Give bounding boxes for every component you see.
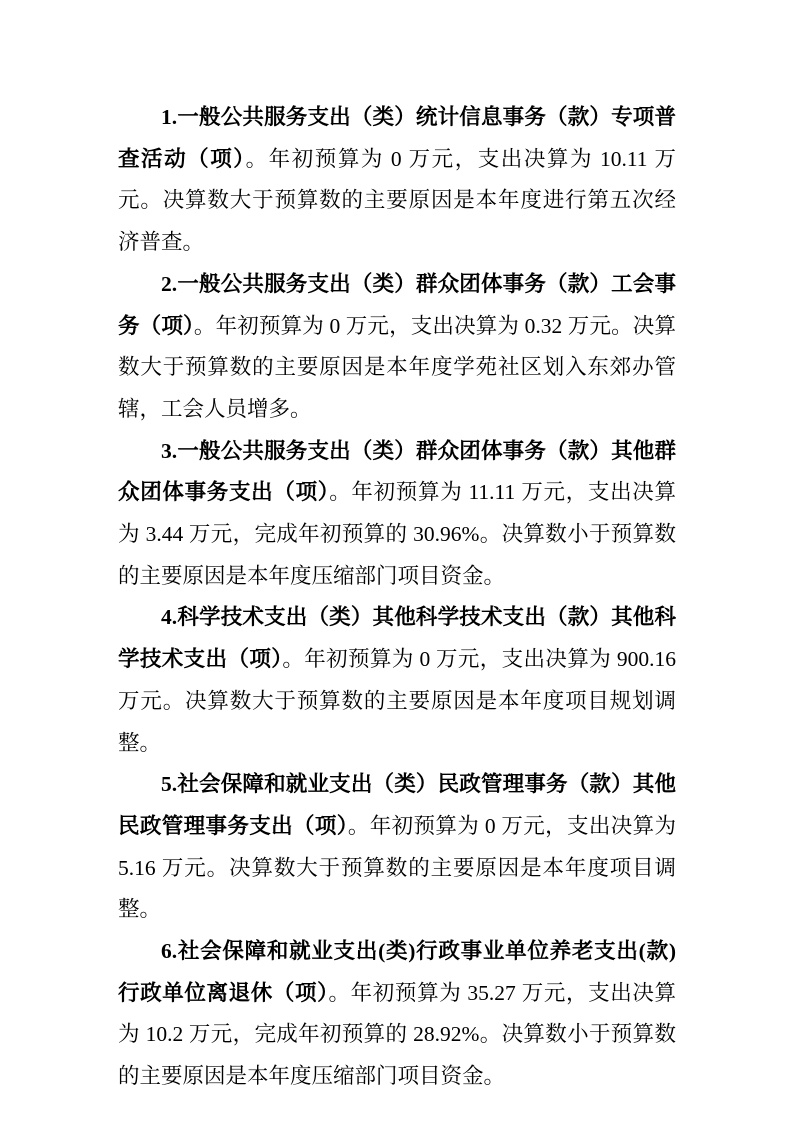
paragraph-item-2: 2.一般公共服务支出（类）群众团体事务（款）工会事务（项）。年初预算为 0 万元… bbox=[118, 264, 676, 431]
paragraph-item-1: 1.一般公共服务支出（类）统计信息事务（款）专项普查活动（项）。年初预算为 0 … bbox=[118, 97, 676, 264]
paragraph-item-5: 5.社会保障和就业支出（类）民政管理事务（款）其他民政管理事务支出（项）。年初预… bbox=[118, 764, 676, 931]
paragraph-item-4: 4.科学技术支出（类）其他科学技术支出（款）其他科学技术支出（项）。年初预算为 … bbox=[118, 597, 676, 764]
document-body: 1.一般公共服务支出（类）统计信息事务（款）专项普查活动（项）。年初预算为 0 … bbox=[118, 97, 676, 1098]
paragraph-item-3: 3.一般公共服务支出（类）群众团体事务（款）其他群众团体事务支出（项）。年初预算… bbox=[118, 431, 676, 598]
paragraph-item-6: 6.社会保障和就业支出(类)行政事业单位养老支出(款)行政单位离退休（项）。年初… bbox=[118, 931, 676, 1098]
paragraph-2-body: 。年初预算为 0 万元，支出决算为 0.32 万元。决算数大于预算数的主要原因是… bbox=[118, 314, 676, 421]
document-page: 1.一般公共服务支出（类）统计信息事务（款）专项普查活动（项）。年初预算为 0 … bbox=[0, 0, 793, 1122]
